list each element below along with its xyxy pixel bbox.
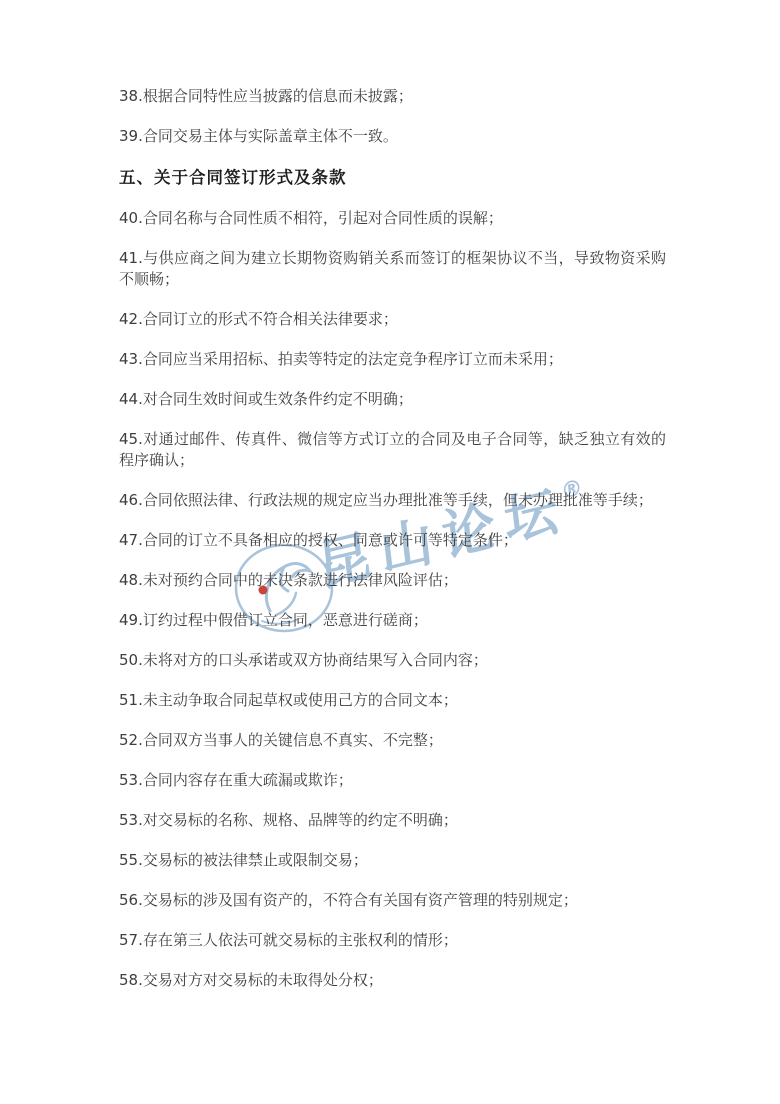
list-item: 52.合同双方当事人的关键信息不真实、不完整； [119,730,666,751]
list-item: 39.合同交易主体与实际盖章主体不一致。 [119,126,666,147]
list-item: 40.合同名称与合同性质不相符，引起对合同性质的误解； [119,208,666,229]
item-number: 42. [119,310,143,328]
item-text: 未将对方的口头承诺或双方协商结果写入合同内容； [143,651,488,669]
item-number: 56. [119,891,143,909]
item-number: 40. [119,209,143,227]
section-heading: 五、关于合同签订形式及条款 [119,166,666,189]
item-text: 合同双方当事人的关键信息不真实、不完整； [143,731,443,749]
list-item: 38.根据合同特性应当披露的信息而未披露； [119,86,666,107]
list-item: 41.与供应商之间为建立长期物资购销关系而签订的框架协议不当，导致物资采购不顺畅… [119,248,666,290]
item-number: 55. [119,851,143,869]
item-text: 对合同生效时间或生效条件约定不明确； [143,390,413,408]
item-text: 合同名称与合同性质不相符，引起对合同性质的误解； [143,209,503,227]
list-item: 46.合同依照法律、行政法规的规定应当办理批准等手续，但未办理批准等手续； [119,490,666,511]
item-text: 未对预约合同中的未决条款进行法律风险评估； [143,571,458,589]
list-item: 53.合同内容存在重大疏漏或欺诈； [119,770,666,791]
item-text: 合同订立的形式不符合相关法律要求； [143,310,398,328]
item-text: 合同的订立不具备相应的授权、同意或许可等特定条件； [143,531,518,549]
list-item: 55.交易标的被法律禁止或限制交易； [119,850,666,871]
document-page: 昆山论坛® 38.根据合同特性应当披露的信息而未披露； 39.合同交易主体与实际… [0,0,780,1104]
document-content: 38.根据合同特性应当披露的信息而未披露； 39.合同交易主体与实际盖章主体不一… [0,0,780,991]
item-number: 44. [119,390,143,408]
item-text: 交易标的涉及国有资产的，不符合有关国有资产管理的特别规定； [143,891,578,909]
item-text: 合同依照法律、行政法规的规定应当办理批准等手续，但未办理批准等手续； [143,491,653,509]
item-number: 52. [119,731,143,749]
list-item: 51.未主动争取合同起草权或使用己方的合同文本； [119,690,666,711]
item-text: 交易对方对交易标的未取得处分权； [143,971,383,989]
item-text: 合同内容存在重大疏漏或欺诈； [143,771,353,789]
list-item: 49.订约过程中假借订立合同，恶意进行磋商； [119,610,666,631]
list-item: 50.未将对方的口头承诺或双方协商结果写入合同内容； [119,650,666,671]
item-number: 41. [119,249,143,267]
item-number: 50. [119,651,143,669]
list-item: 44.对合同生效时间或生效条件约定不明确； [119,389,666,410]
item-text: 与供应商之间为建立长期物资购销关系而签订的框架协议不当，导致物资采购不顺畅； [119,249,666,288]
item-text: 对通过邮件、传真件、微信等方式订立的合同及电子合同等，缺乏独立有效的程序确认； [119,430,666,469]
item-number: 48. [119,571,143,589]
item-text: 对交易标的名称、规格、品牌等的约定不明确； [143,811,458,829]
list-item: 43.合同应当采用招标、拍卖等特定的法定竞争程序订立而未采用； [119,349,666,370]
item-text: 未主动争取合同起草权或使用己方的合同文本； [143,691,458,709]
list-item: 48.未对预约合同中的未决条款进行法律风险评估； [119,570,666,591]
item-text: 合同交易主体与实际盖章主体不一致。 [143,127,398,145]
item-text: 存在第三人依法可就交易标的主张权利的情形； [143,931,458,949]
item-text: 合同应当采用招标、拍卖等特定的法定竞争程序订立而未采用； [143,350,563,368]
item-text: 根据合同特性应当披露的信息而未披露； [143,87,413,105]
list-item: 42.合同订立的形式不符合相关法律要求； [119,309,666,330]
item-number: 39. [119,127,143,145]
list-item: 45.对通过邮件、传真件、微信等方式订立的合同及电子合同等，缺乏独立有效的程序确… [119,429,666,471]
item-number: 57. [119,931,143,949]
item-number: 46. [119,491,143,509]
item-text: 订约过程中假借订立合同，恶意进行磋商； [143,611,428,629]
item-number: 38. [119,87,143,105]
list-item: 58.交易对方对交易标的未取得处分权； [119,970,666,991]
item-number: 49. [119,611,143,629]
list-item: 47.合同的订立不具备相应的授权、同意或许可等特定条件； [119,530,666,551]
item-number: 53. [119,771,143,789]
item-number: 58. [119,971,143,989]
list-item: 53.对交易标的名称、规格、品牌等的约定不明确； [119,810,666,831]
item-text: 交易标的被法律禁止或限制交易； [143,851,368,869]
item-number: 45. [119,430,143,448]
item-number: 47. [119,531,143,549]
item-number: 51. [119,691,143,709]
item-number: 53. [119,811,143,829]
item-number: 43. [119,350,143,368]
list-item: 57.存在第三人依法可就交易标的主张权利的情形； [119,930,666,951]
list-item: 56.交易标的涉及国有资产的，不符合有关国有资产管理的特别规定； [119,890,666,911]
